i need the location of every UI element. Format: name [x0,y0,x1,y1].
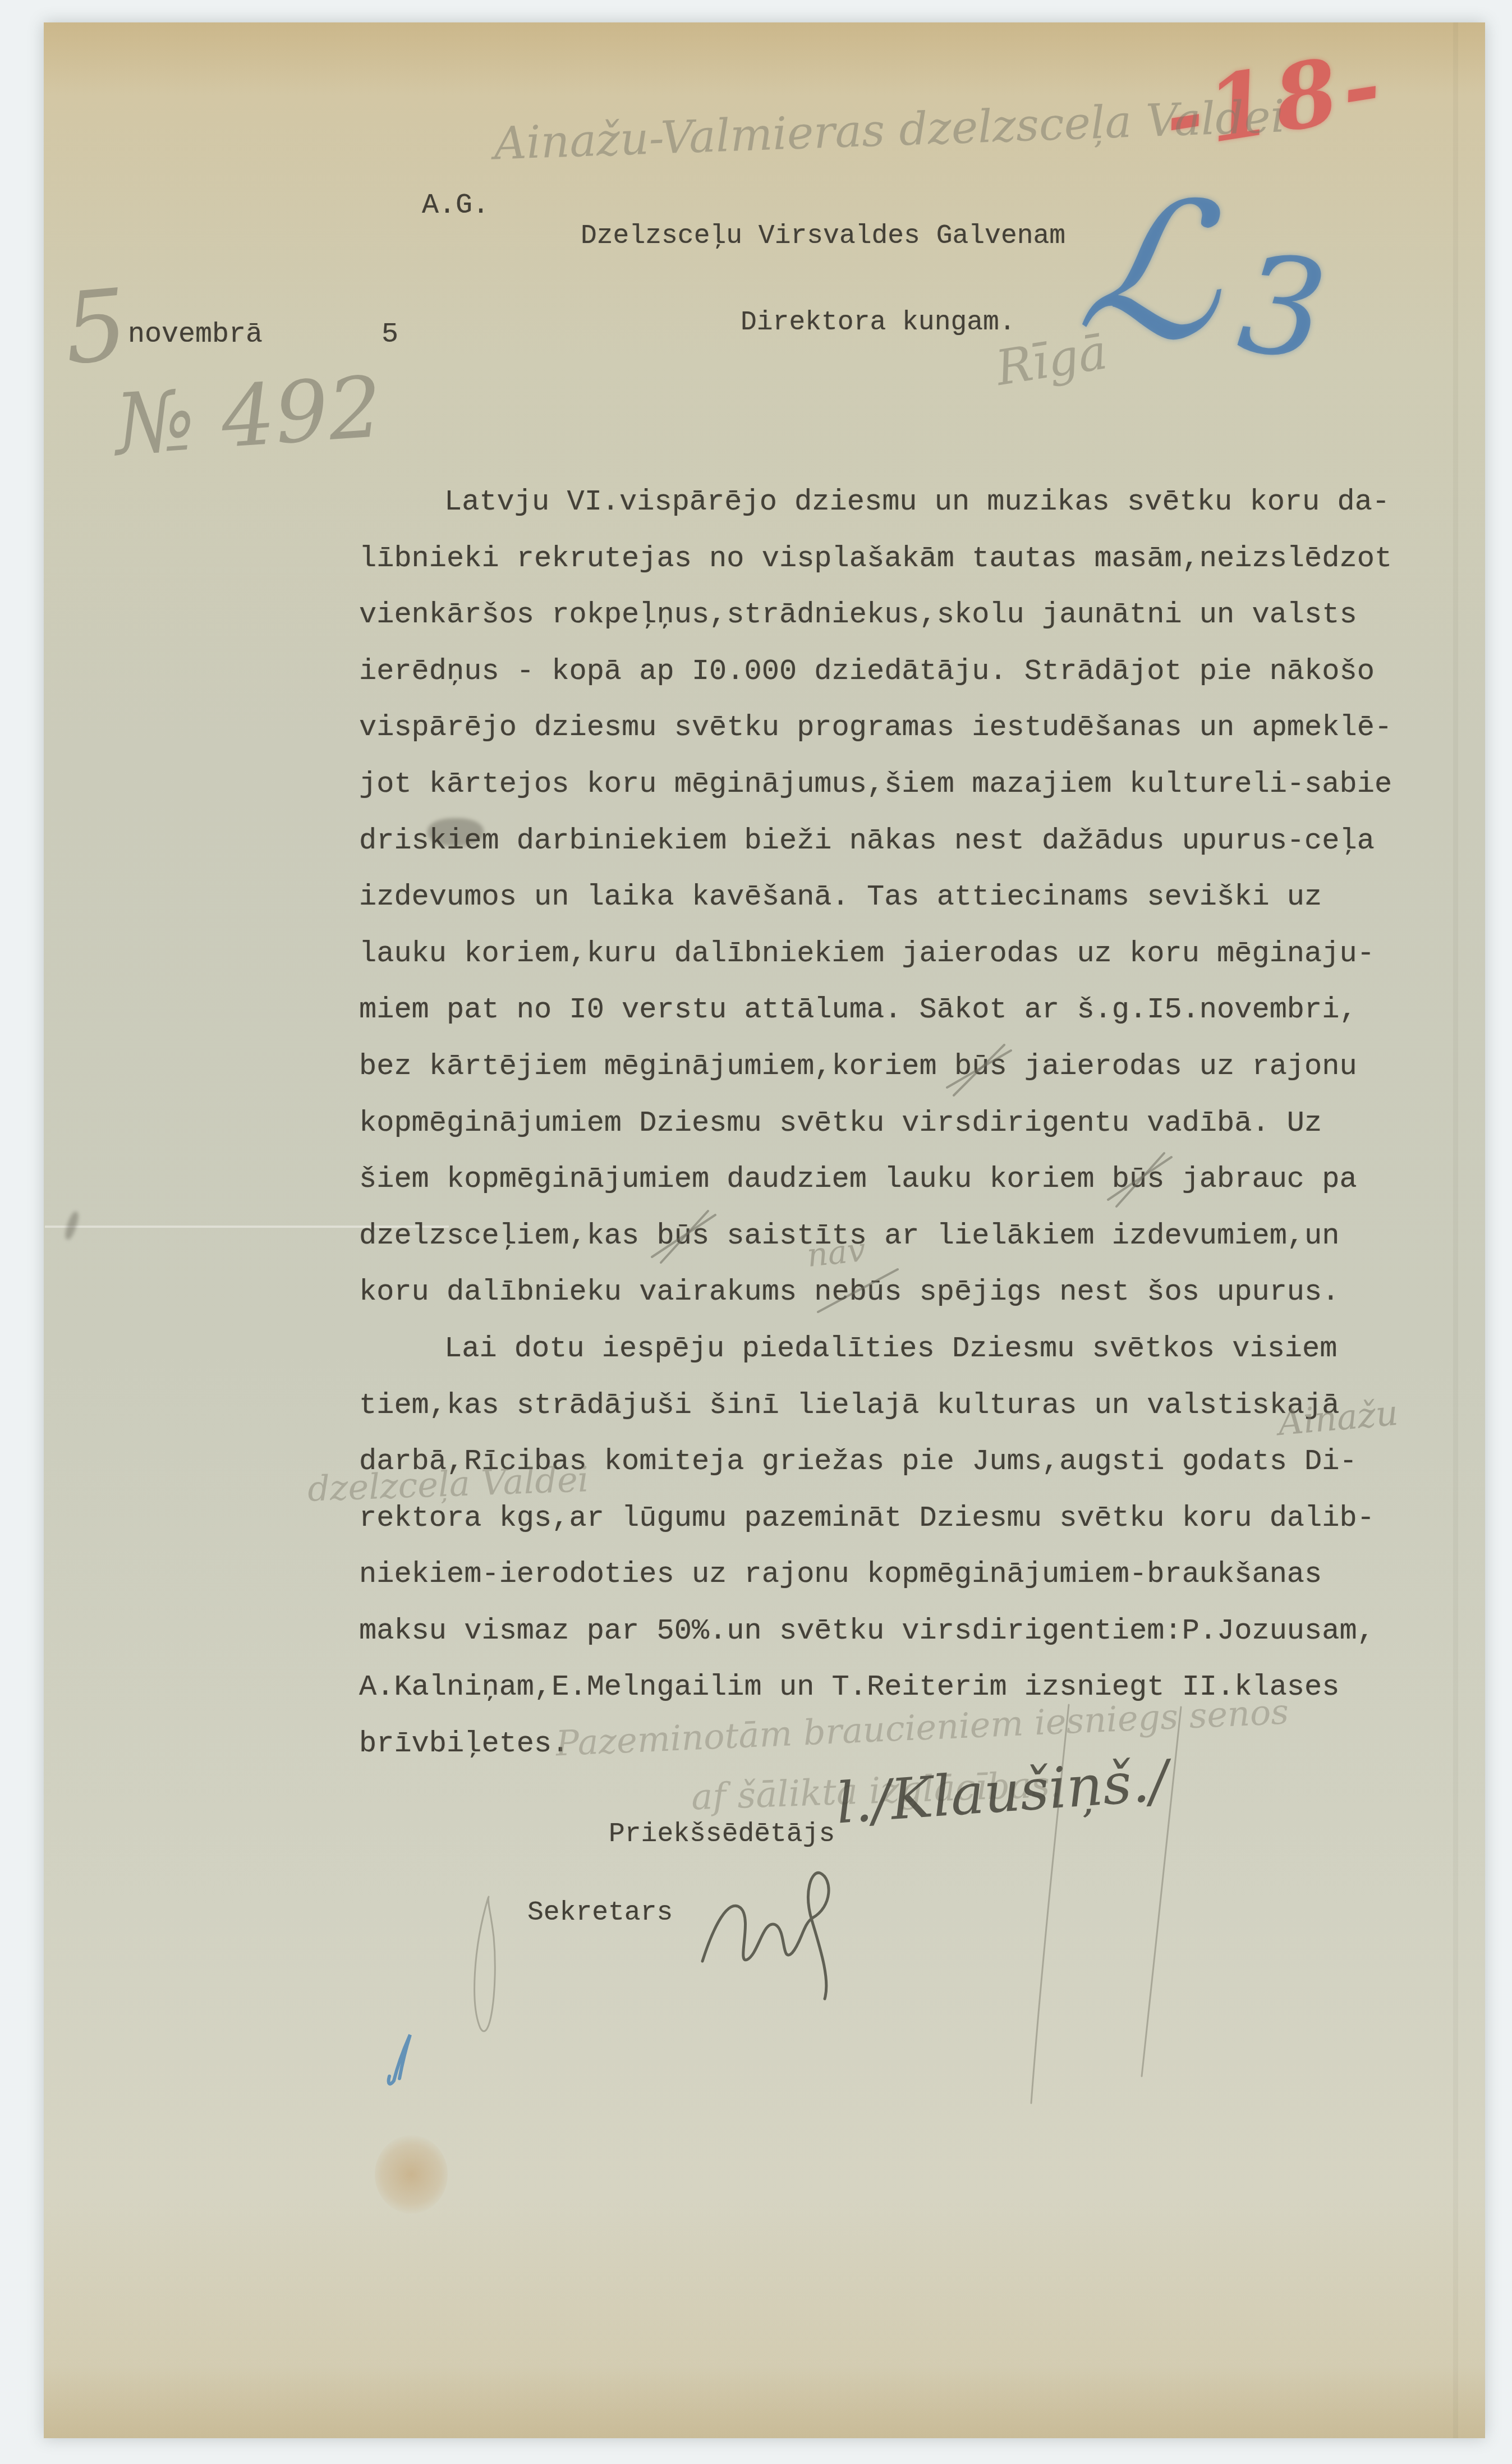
body-line-3: vienkāršos rokpeļņus,strādniekus,skolu j… [359,587,1436,644]
body-line-17: tiem,kas strādājuši šinī lielajā kultura… [359,1378,1436,1434]
body-line-16: Lai dotu iespēju piedalīties Dziesmu svē… [359,1321,1436,1378]
body-line-11: bez kārtējiem mēginājumiem,koriem būs ja… [359,1039,1436,1095]
body-line-13: šiem kopmēginājumiem daudziem lauku kori… [359,1151,1436,1208]
body-line-6: jot kārtejos koru mēginājumus,šiem mazaj… [359,756,1436,813]
blue-crayon-number: 3 [1232,225,1334,390]
body-line-9: lauku koriem,kuru dalībniekiem jaierodas… [359,926,1436,983]
body-line-8: izdevumos un laika kavēšanā. Tas attieci… [359,869,1436,926]
body-line-1: Latvju VI.vispārējo dziesmu un muzikas s… [359,474,1436,531]
nav-pencil-correction: nav [805,1231,867,1275]
body-line-5: vispārējo dziesmu svētku programas iestu… [359,700,1436,756]
body-text: Latvju VI.vispārējo dziesmu un muzikas s… [359,474,1436,1773]
body-line-2: lībnieki rekrutejas no visplašakām tauta… [359,531,1436,588]
document-number-pencil: № 492 [112,359,385,475]
recipient-line-2: Direktora kungam. [741,308,1015,338]
body-line-7: driskiem darbiniekiem bieži nākas nest d… [359,813,1436,870]
date-month-typed: novembrā [128,319,263,351]
body-line-21: maksu vismaz par 50%.un svētku virsdirig… [359,1603,1436,1660]
body-line-12: kopmēginājumiem Dziesmu svētku virsdirig… [359,1095,1436,1152]
stain [375,2135,448,2214]
body-line-10: miem pat no I0 verstu attāluma. Sākot ar… [359,982,1436,1039]
secretary-title: Sekretars [527,1898,673,1928]
chairman-title: Priekšsēdētājs [609,1819,835,1850]
date-number-typed: 5 [382,319,398,351]
scanned-letter: -18- Ainažu-Valmieras dzelzsceļa Valdei … [0,0,1512,2464]
body-line-4: ierēdņus - kopā ap I0.000 dziedātāju. St… [359,644,1436,700]
overstrike-smudge [428,818,484,846]
body-line-15: koru dalībnieku vairakums nebūs spējigs … [359,1264,1436,1321]
sender-initials: A.G. [422,190,489,222]
edge-crease [1453,22,1458,2438]
date-day-pencil: 5 [59,268,132,387]
paper-bottom-tint [44,2365,1485,2438]
recipient-line-1: Dzelzsceļu Virsvaldes Galvenam [581,221,1065,251]
body-line-20: niekiem-ierodoties uz rajonu kopmēgināju… [359,1547,1436,1603]
body-line-14: dzelzsceļiem,kas būs saistīts ar lielāki… [359,1208,1436,1265]
